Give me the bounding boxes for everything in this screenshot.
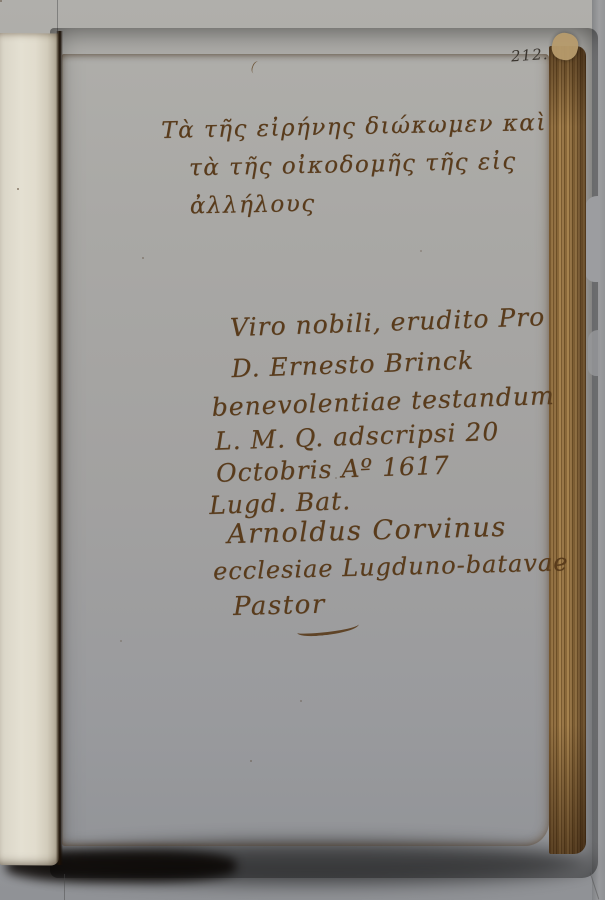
cover-edge-notch <box>585 196 600 282</box>
greek-inscription: Τὰ τῆς εἰρήνης διώκωμεν καὶ τὰ τῆς οἰκοδ… <box>157 104 549 226</box>
signature-block: Arnoldus Corvinus ecclesiae Lugduno-bata… <box>204 508 570 625</box>
latin-inscription: Viro nobili, erudito Pro D. Ernesto Brin… <box>201 298 558 525</box>
paper-foxing-specks <box>0 0 2 2</box>
backdrop-crease-bottom <box>64 874 65 900</box>
left-page-leaf <box>0 33 59 866</box>
page-number: 212. <box>510 44 555 65</box>
greek-line: τὰ τῆς οἰκοδομῆς τῆς εἰς <box>189 142 548 188</box>
manuscript-photo: 212. Τὰ τῆς εἰρήνης διώκωμεν καὶ τὰ τῆς … <box>0 0 605 900</box>
cover-edge-notch-small <box>588 330 600 376</box>
greek-line: ἀλλήλους <box>189 180 548 226</box>
